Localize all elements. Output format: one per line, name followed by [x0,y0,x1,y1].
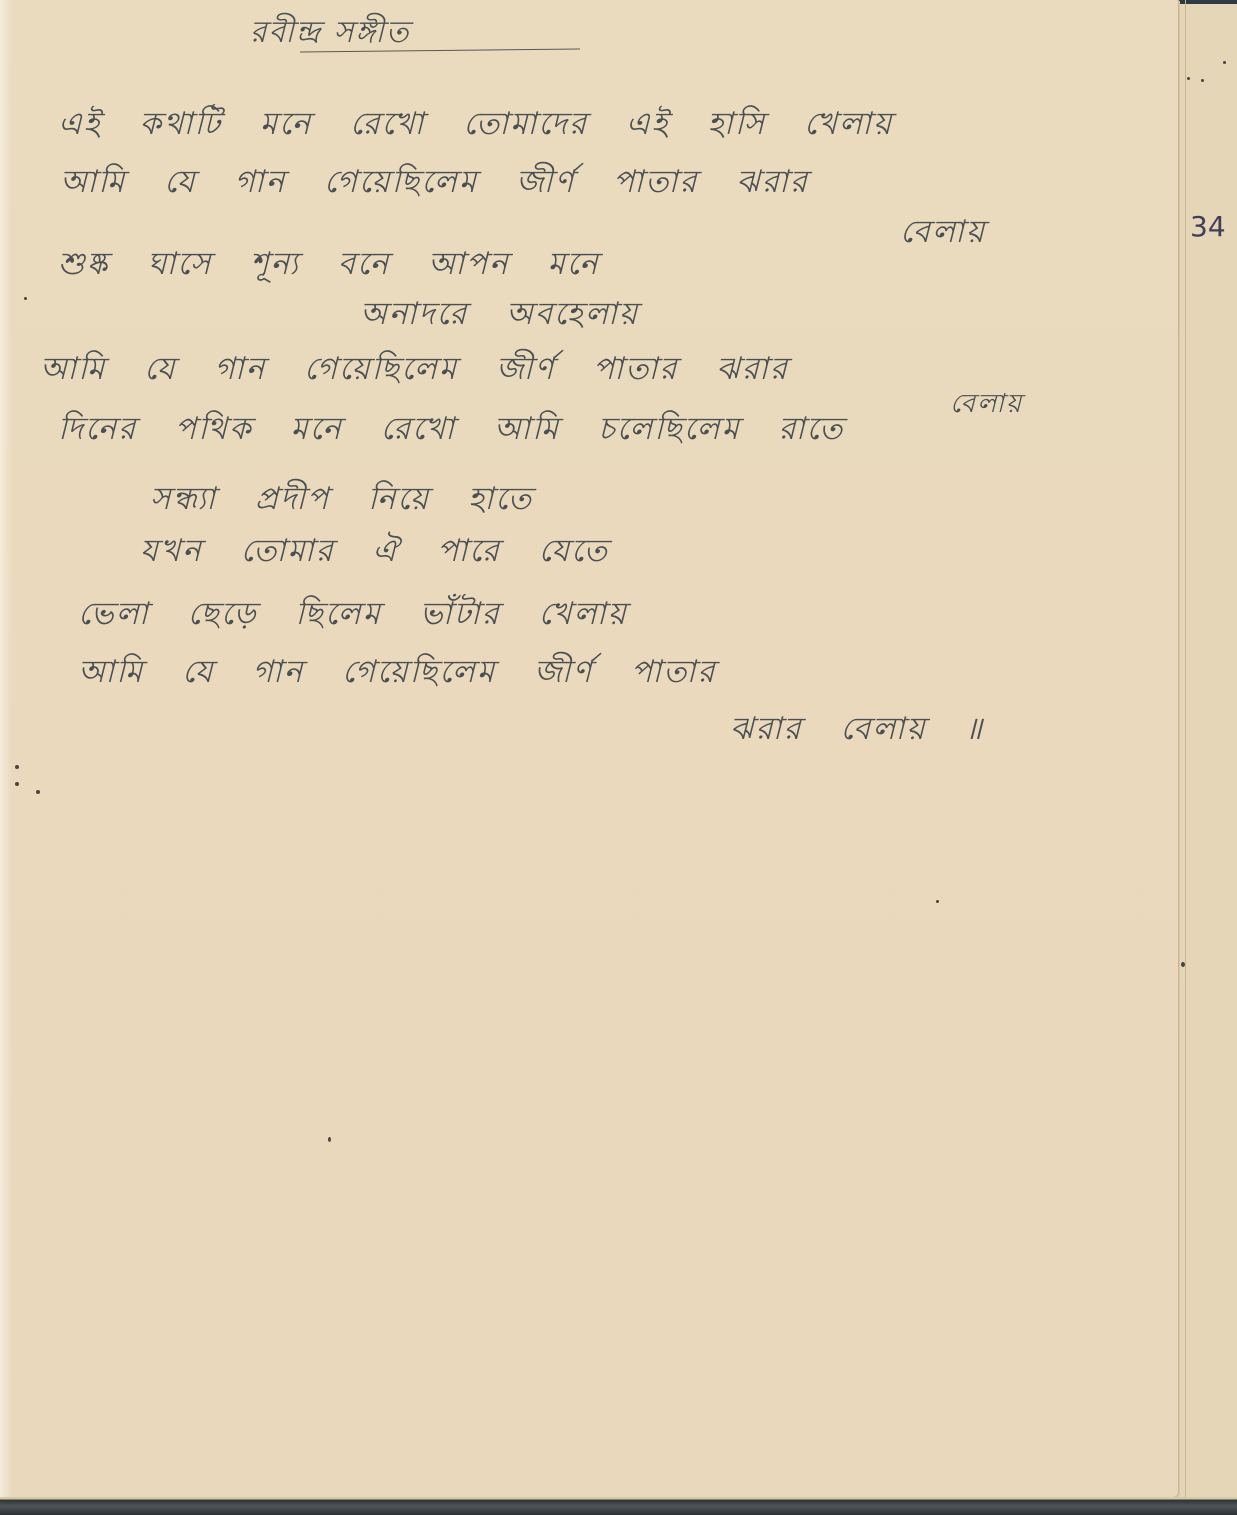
lyric-line-10: আমি যে গান গেয়েছিলেম জীর্ণ পাতার [78,648,716,700]
margin-dot [936,900,939,903]
lyric-line-9: ভেলা ছেড়ে ছিলেম ভাঁটার খেলায় [78,590,628,642]
lyric-line-5: আমি যে গান গেয়েছিলেম জীর্ণ পাতার ঝরার [40,345,789,397]
margin-dot [36,790,40,794]
lyric-line-7: সন্ধ্যা প্রদীপ নিয়ে হাতে [150,475,533,527]
lyric-line-2-continuation: বেলায় [900,208,986,260]
scanned-page: রবীন্দ্র সঙ্গীত এই কথাটি মনে রেখো তোমাদে… [0,0,1237,1515]
lyric-line-2: আমি যে গান গেয়েছিলেম জীর্ণ পাতার ঝরার [60,158,809,210]
lyric-line-1: এই কথাটি মনে রেখো তোমাদের এই হাসি খেলায় [58,100,893,152]
lyric-line-8: যখন তোমার ঐ পারে যেতে [140,527,609,579]
lyric-line-4: অনাদরে অবহেলায় [360,290,639,342]
page-number: 34 [1190,210,1226,243]
margin-dot [1181,962,1185,967]
margin-dot [1187,77,1190,80]
margin-dot [15,765,19,769]
page-fold-line [1185,0,1186,1497]
lyric-line-6: দিনের পথিক মনে রেখো আমি চলেছিলেম রাতে [58,405,844,457]
margin-dot [328,1137,331,1142]
lyric-line-3: শুষ্ক ঘাসে শূন্য বনে আপন মনে [58,240,600,292]
margin-dot [15,782,19,786]
top-edge [1178,0,1237,4]
margin-dot [1201,79,1204,82]
lyric-line-5-continuation: বেলায় [950,383,1023,427]
bottom-edge [0,1497,1237,1515]
margin-dot [24,297,27,300]
margin-dot [1223,61,1226,64]
lyric-line-10-continuation: ঝরার বেলায় ॥ [730,705,984,757]
manuscript-page [0,0,1179,1498]
